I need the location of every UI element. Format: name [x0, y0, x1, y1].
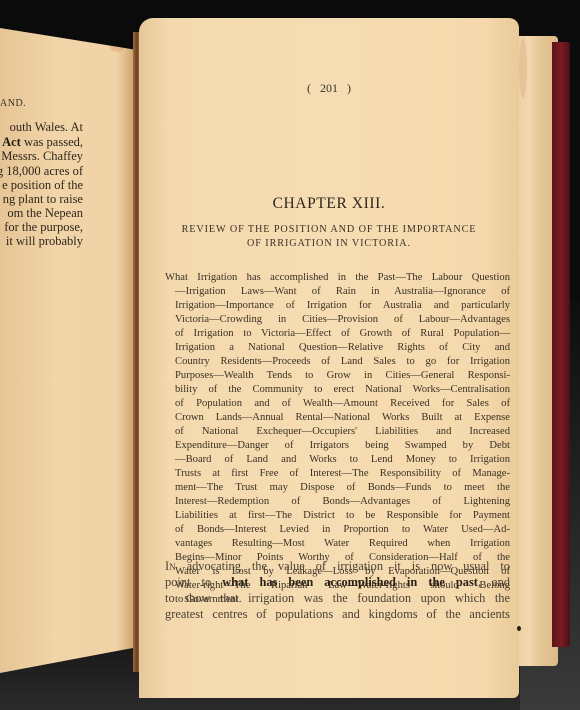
page-edge-stain: [519, 38, 527, 98]
left-text-line: g 18,000 acres of: [0, 164, 83, 179]
left-text-line: for the purpose,: [4, 220, 83, 235]
synopsis-line: of Irrigation to Victoria—Effect of Grow…: [175, 327, 510, 341]
synopsis-line: Crown Lands—Annual Rental—National Works…: [175, 411, 510, 425]
synopsis-line: Country Residents—Proceeds of Land Sales…: [175, 355, 510, 369]
synopsis-line: Irrigation—Importance of Irrigation for …: [175, 299, 510, 313]
synopsis-line: ment—The Trust may Dispose of Bonds—Fund…: [175, 481, 510, 495]
page-number: ( 201 ): [139, 81, 519, 96]
red-book-cover: [552, 42, 570, 647]
bold-phrase: what has been accomplished in the past: [222, 575, 478, 589]
left-text-line: ng plant to raise: [3, 192, 83, 207]
left-text-line: y Messrs. Chaffey: [0, 149, 83, 164]
chapter-synopsis: What Irrigation has accomplished in the …: [165, 271, 510, 607]
synopsis-line: Irrigation a National Question—Relative …: [175, 341, 510, 355]
body-line: point to what has been accomplished in t…: [165, 574, 510, 590]
synopsis-line: —Irrigation Laws—Want of Rain in Austral…: [175, 285, 510, 299]
synopsis-line: of Population and of Wealth—Amount Recei…: [175, 397, 510, 411]
left-text-line: e position of the: [2, 178, 83, 193]
synopsis-line: Interest—Redemption of Bonds—Advantages …: [175, 495, 510, 509]
synopsis-line: of Bonds—Interest Levied in Proportion t…: [175, 523, 510, 537]
body-line: to show that irrigation was the foundati…: [165, 590, 510, 606]
chapter-title: CHAPTER XIII.: [139, 195, 519, 213]
chapter-subtitle-line: Review of the Position and of the Import…: [161, 223, 497, 237]
left-page: AND. outh Wales. At Act was passed, y Me…: [0, 28, 137, 673]
left-text-line: outh Wales. At: [10, 120, 83, 135]
left-text-line: it will probably: [6, 234, 83, 249]
synopsis-line: Trusts at first Free of Interest—The Res…: [175, 467, 510, 481]
left-text-line: om the Nepean: [7, 206, 83, 221]
synopsis-line: Victoria—Crowding in Cities—Provision of…: [175, 313, 510, 327]
body-line: In advocating the value of irrigation it…: [165, 558, 510, 574]
synopsis-line: Expenditure—Danger of Irrigators being S…: [175, 439, 510, 453]
page-speck: [517, 626, 521, 631]
drop-initial: In: [165, 559, 176, 573]
left-text-line: Act was passed,: [2, 135, 83, 150]
synopsis-line: Purposes—Wealth Tends to Grow in Cities—…: [175, 369, 510, 383]
synopsis-line: Liabilities at first—The District to be …: [175, 509, 510, 523]
body-paragraph: In advocating the value of irrigation it…: [165, 558, 510, 622]
chapter-subtitle-line: of Irrigation in Victoria.: [161, 237, 497, 251]
synopsis-line: vantages Resulting—Most Water Required w…: [175, 537, 510, 551]
synopsis-line: of National Exchequer—Occupiers' Liabili…: [175, 425, 510, 439]
left-running-head: AND.: [0, 98, 26, 109]
synopsis-line: What Irrigation has accomplished in the …: [165, 271, 510, 285]
photo-scene: AND. outh Wales. At Act was passed, y Me…: [0, 0, 580, 710]
synopsis-line: bility of the Community to erect Nationa…: [175, 383, 510, 397]
synopsis-line: —Board of Land and Works to Lend Money t…: [175, 453, 510, 467]
chapter-subtitle: Review of the Position and of the Import…: [161, 223, 497, 251]
right-page: ( 201 ) CHAPTER XIII. Review of the Posi…: [139, 18, 519, 698]
bold-term: Act: [2, 135, 21, 149]
foxing-stain: [110, 40, 124, 52]
body-line: greatest centres of populations and king…: [165, 606, 510, 622]
